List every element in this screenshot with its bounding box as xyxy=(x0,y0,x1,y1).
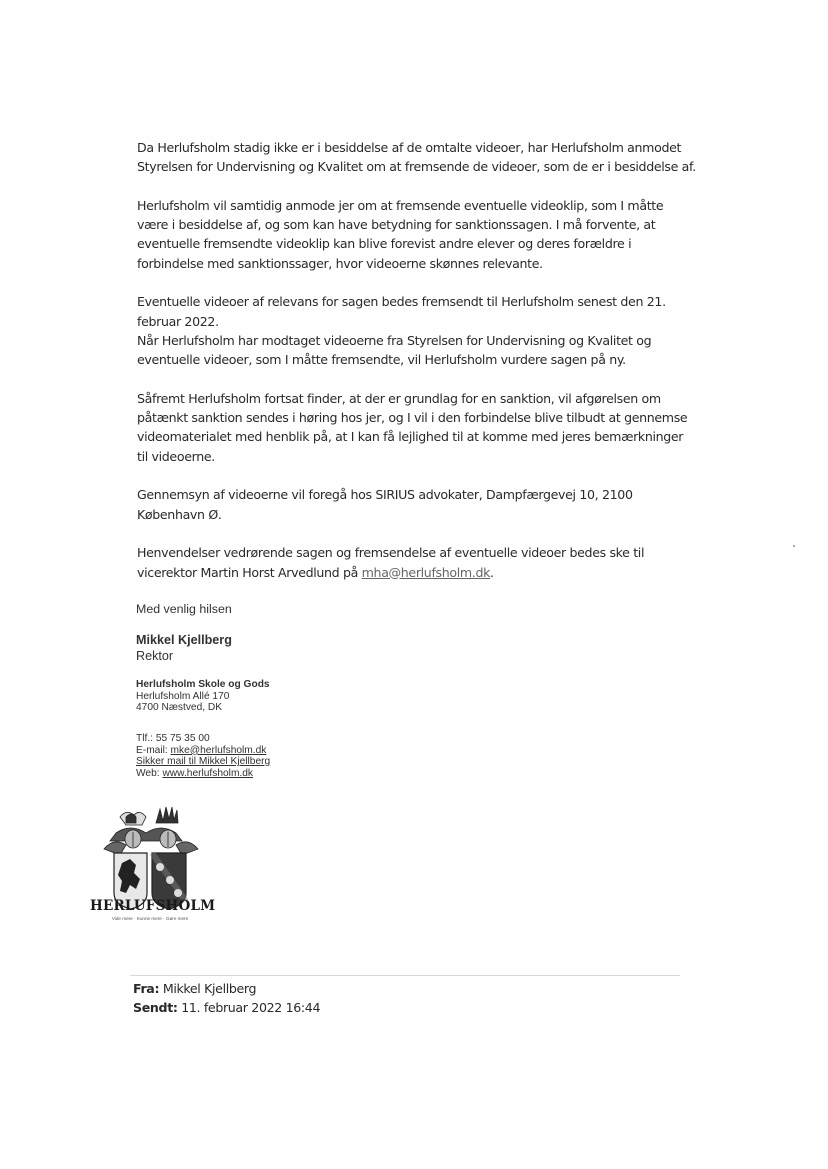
closing: Med venlig hilsen xyxy=(136,602,232,616)
paragraph-sanction: Såfremt Herlufsholm fortsat finder, at d… xyxy=(137,389,697,466)
organization-name: Herlufsholm Skole og Gods xyxy=(136,679,270,691)
phone-line: Tlf.: 55 75 35 00 xyxy=(136,733,270,745)
paragraph-viewing-location: Gennemsyn af videoerne vil foregå hos SI… xyxy=(137,485,697,524)
signer-title: Rektor xyxy=(136,649,173,664)
email-header: Fra: Mikkel Kjellberg Sendt: 11. februar… xyxy=(133,980,320,1017)
sent-line: Sendt: 11. februar 2022 16:44 xyxy=(133,999,320,1018)
phone-label: Tlf.: xyxy=(136,733,153,744)
logo-wordmark: HERLUFSHOLM xyxy=(90,898,210,914)
paragraph-review: Når Herlufsholm har modtaget videoerne f… xyxy=(137,331,697,370)
address-line-2: 4700 Næstved, DK xyxy=(136,702,270,714)
email-line: E-mail: mke@herlufsholm.dk xyxy=(136,745,270,757)
vicerektor-email-link[interactable]: mha@herlufsholm.dk xyxy=(362,565,490,580)
from-line: Fra: Mikkel Kjellberg xyxy=(133,980,320,999)
paragraph-contact: Henvendelser vedrørende sagen og fremsen… xyxy=(137,543,697,582)
paragraph-videoclips: Herlufsholm vil samtidig anmode jer om a… xyxy=(137,196,697,273)
paragraph-deadline: Eventuelle videoer af relevans for sagen… xyxy=(137,292,697,331)
scan-speck xyxy=(793,545,795,547)
sent-value: 11. februar 2022 16:44 xyxy=(181,1000,320,1015)
contact-suffix: . xyxy=(490,565,494,580)
signer-email-link[interactable]: mke@herlufsholm.dk xyxy=(171,745,267,756)
secure-mail-line: Sikker mail til Mikkel Kjellberg xyxy=(136,756,270,768)
letter-body: Da Herlufsholm stadig ikke er i besiddel… xyxy=(137,138,697,601)
web-label: Web: xyxy=(136,768,160,779)
contact-block: Tlf.: 55 75 35 00 E-mail: mke@herlufshol… xyxy=(136,733,270,779)
address-line-1: Herlufsholm Allé 170 xyxy=(136,691,270,703)
scanned-letter-page: Da Herlufsholm stadig ikke er i besiddel… xyxy=(0,0,828,1169)
signer-name: Mikkel Kjellberg xyxy=(136,633,232,648)
from-value: Mikkel Kjellberg xyxy=(163,981,256,996)
paragraph-videos-request: Da Herlufsholm stadig ikke er i besiddel… xyxy=(137,138,697,177)
web-line: Web: www.herlufsholm.dk xyxy=(136,768,270,780)
secure-mail-link[interactable]: Sikker mail til Mikkel Kjellberg xyxy=(136,756,270,767)
email-label: E-mail: xyxy=(136,745,168,756)
from-label: Fra: xyxy=(133,981,159,996)
phone-number: 55 75 35 00 xyxy=(156,733,210,744)
email-separator xyxy=(130,975,680,976)
organization-block: Herlufsholm Skole og Gods Herlufsholm Al… xyxy=(136,679,270,714)
sent-label: Sendt: xyxy=(133,1000,178,1015)
website-link[interactable]: www.herlufsholm.dk xyxy=(162,768,253,779)
logo-tagline: Vide mere · Kunne mere · Gøre mere xyxy=(90,916,210,921)
